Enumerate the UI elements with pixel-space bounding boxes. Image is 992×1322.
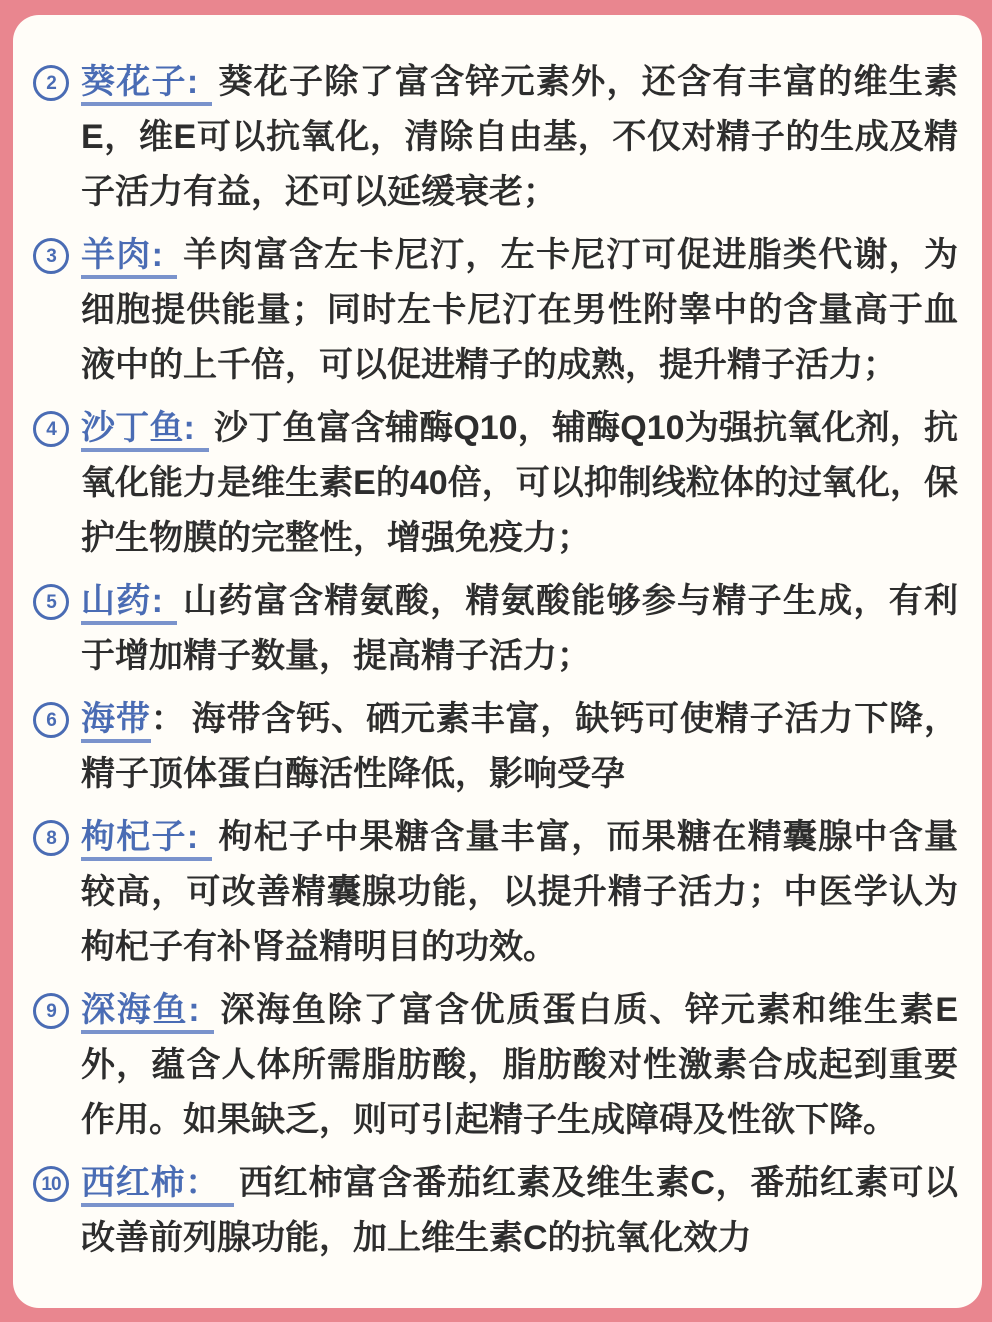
content-sheet: 2 葵花子:葵花子除了富含锌元素外，还含有丰富的维生素E，维E可以抗氧化，清除自… <box>13 15 982 1308</box>
item-content: 葵花子:葵花子除了富含锌元素外，还含有丰富的维生素E，维E可以抗氧化，清除自由基… <box>81 55 958 220</box>
item-description: 枸杞子中果糖含量丰富，而果糖在精囊腺中含量较高，可改善精囊腺功能，以提升精子活力… <box>81 818 958 966</box>
item-number-column: 10 <box>33 1156 81 1202</box>
item-number-badge: 4 <box>33 411 69 447</box>
item-number-column: 6 <box>33 692 81 738</box>
list-item-goji-berry: 8 枸杞子:枸杞子中果糖含量丰富，而果糖在精囊腺中含量较高，可改善精囊腺功能，以… <box>33 810 958 975</box>
item-number-column: 2 <box>33 55 81 101</box>
item-number-column: 3 <box>33 228 81 274</box>
list-item-kelp: 6 海带：海带含钙、硒元素丰富，缺钙可使精子活力下降，精子顶体蛋白酶活性降低，影… <box>33 692 958 802</box>
item-description: 沙丁鱼富含辅酶Q10，辅酶Q10为强抗氧化剂，抗氧化能力是维生素E的40倍，可以… <box>81 409 958 557</box>
item-number-column: 4 <box>33 401 81 447</box>
list-item-yam: 5 山药:山药富含精氨酸，精氨酸能够参与精子生成，有利于增加精子数量，提高精子活… <box>33 574 958 684</box>
item-number-badge: 6 <box>33 702 69 738</box>
item-number-badge: 3 <box>33 238 69 274</box>
item-content: 西红柿：西红柿富含番茄红素及维生素C，番茄红素可以改善前列腺功能，加上维生素C的… <box>81 1156 958 1266</box>
item-number-badge: 2 <box>33 65 69 101</box>
item-content: 沙丁鱼:沙丁鱼富含辅酶Q10，辅酶Q10为强抗氧化剂，抗氧化能力是维生素E的40… <box>81 401 958 566</box>
list-item-sardine: 4 沙丁鱼:沙丁鱼富含辅酶Q10，辅酶Q10为强抗氧化剂，抗氧化能力是维生素E的… <box>33 401 958 566</box>
item-content: 深海鱼:深海鱼除了富含优质蛋白质、锌元素和维生素E外，蕴含人体所需脂肪酸，脂肪酸… <box>81 983 958 1148</box>
list-item-sunflower-seed: 2 葵花子:葵花子除了富含锌元素外，还含有丰富的维生素E，维E可以抗氧化，清除自… <box>33 55 958 220</box>
item-content: 山药:山药富含精氨酸，精氨酸能够参与精子生成，有利于增加精子数量，提高精子活力； <box>81 574 958 684</box>
food-benefit-list: 2 葵花子:葵花子除了富含锌元素外，还含有丰富的维生素E，维E可以抗氧化，清除自… <box>33 55 958 1266</box>
food-name: 葵花子 <box>81 63 187 106</box>
item-number-column: 5 <box>33 574 81 620</box>
food-name-colon: : <box>152 582 177 625</box>
item-description: 海带含钙、硒元素丰富，缺钙可使精子活力下降，精子顶体蛋白酶活性降低，影响受孕 <box>81 700 958 793</box>
food-name-colon: : <box>188 991 213 1034</box>
item-content: 海带：海带含钙、硒元素丰富，缺钙可使精子活力下降，精子顶体蛋白酶活性降低，影响受… <box>81 692 958 802</box>
pink-frame: 2 葵花子:葵花子除了富含锌元素外，还含有丰富的维生素E，维E可以抗氧化，清除自… <box>0 0 992 1322</box>
item-number-badge: 9 <box>33 993 69 1029</box>
food-name: 羊肉 <box>81 236 152 279</box>
item-number-badge: 10 <box>33 1166 69 1202</box>
item-number-column: 8 <box>33 810 81 856</box>
food-name: 沙丁鱼 <box>81 409 184 452</box>
item-description: 山药富含精氨酸，精氨酸能够参与精子生成，有利于增加精子数量，提高精子活力； <box>81 582 958 675</box>
food-name-colon: ： <box>151 700 188 739</box>
list-item-mutton: 3 羊肉:羊肉富含左卡尼汀，左卡尼汀可促进脂类代谢，为细胞提供能量；同时左卡尼汀… <box>33 228 958 393</box>
item-number-badge: 5 <box>33 584 69 620</box>
food-name-colon: : <box>152 236 177 279</box>
item-description: 葵花子除了富含锌元素外，还含有丰富的维生素E，维E可以抗氧化，清除自由基，不仅对… <box>81 63 958 211</box>
food-name-colon: : <box>187 63 212 106</box>
food-name: 深海鱼 <box>81 991 188 1034</box>
item-number-badge: 8 <box>33 820 69 856</box>
food-name: 山药 <box>81 582 152 625</box>
food-name-colon: : <box>187 818 212 861</box>
item-number-column: 9 <box>33 983 81 1029</box>
food-name-colon: ： <box>185 1164 234 1207</box>
list-item-tomato: 10 西红柿：西红柿富含番茄红素及维生素C，番茄红素可以改善前列腺功能，加上维生… <box>33 1156 958 1266</box>
list-item-deep-sea-fish: 9 深海鱼:深海鱼除了富含优质蛋白质、锌元素和维生素E外，蕴含人体所需脂肪酸，脂… <box>33 983 958 1148</box>
item-content: 枸杞子:枸杞子中果糖含量丰富，而果糖在精囊腺中含量较高，可改善精囊腺功能，以提升… <box>81 810 958 975</box>
food-name: 海带 <box>81 700 151 743</box>
item-description: 羊肉富含左卡尼汀，左卡尼汀可促进脂类代谢，为细胞提供能量；同时左卡尼汀在男性附睾… <box>81 236 958 384</box>
item-content: 羊肉:羊肉富含左卡尼汀，左卡尼汀可促进脂类代谢，为细胞提供能量；同时左卡尼汀在男… <box>81 228 958 393</box>
food-name-colon: : <box>184 409 209 452</box>
food-name: 枸杞子 <box>81 818 187 861</box>
food-name: 西红柿 <box>81 1164 185 1207</box>
